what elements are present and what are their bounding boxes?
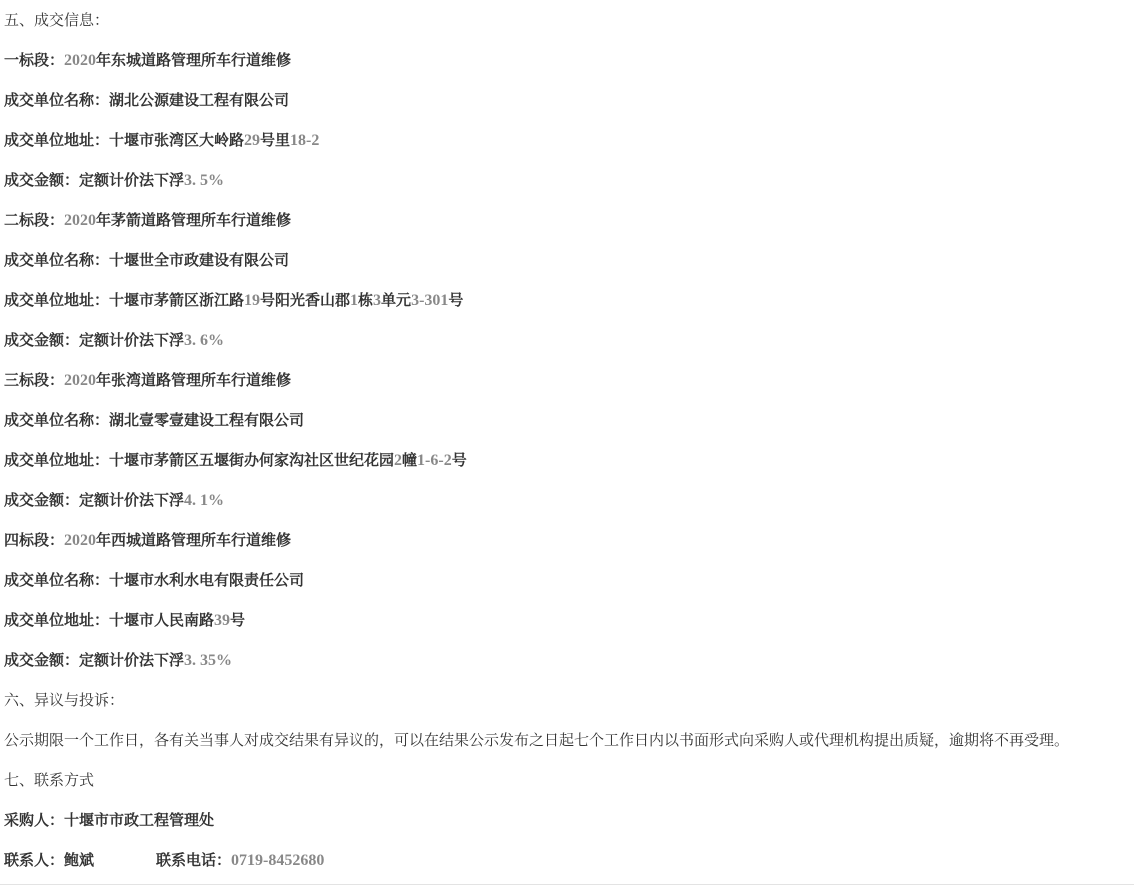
bid-1-winner-address: 成交单位地址：十堰市张湾区大岭路29号里18-2 — [4, 120, 1134, 160]
bid-4-award-amount: 成交金额：定额计价法下浮3. 35% — [4, 640, 1134, 680]
numeric-text: 19 — [244, 292, 260, 309]
numeric-text: 1 — [350, 292, 358, 309]
chinese-text: 采购人：十堰市市政工程管理处 — [4, 811, 214, 829]
numeric-text: 29 — [244, 132, 260, 149]
chinese-text: 年茅箭道路管理所车行道维修 — [96, 211, 291, 229]
section-5-heading: 五、成交信息： — [4, 0, 1134, 40]
announcement-document: 五、成交信息：一标段：2020年东城道路管理所车行道维修成交单位名称：湖北公源建… — [0, 0, 1134, 890]
chinese-text: 成交单位名称：十堰世全市政建设有限公司 — [4, 251, 289, 269]
chinese-text: 栋 — [358, 291, 373, 309]
objection-paragraph: 公示期限一个工作日，各有关当事人对成交结果有异议的，可以在结果公示发布之日起七个… — [4, 720, 1134, 760]
chinese-text: 成交金额：定额计价法下浮 — [4, 331, 184, 349]
bid-3-award-amount: 成交金额：定额计价法下浮4. 1% — [4, 480, 1134, 520]
chinese-text: 号阳光香山郡 — [260, 291, 350, 309]
chinese-text: 六、异议与投诉： — [4, 691, 124, 709]
bid-1-award-amount: 成交金额：定额计价法下浮3. 5% — [4, 160, 1134, 200]
chinese-text: 年张湾道路管理所车行道维修 — [96, 371, 291, 389]
numeric-text: 2 — [394, 452, 402, 469]
chinese-text: 公示期限一个工作日，各有关当事人对成交结果有异议的，可以在结果公示发布之日起七个… — [4, 731, 1069, 749]
numeric-text: 3. 35% — [184, 652, 232, 669]
chinese-text: 号 — [230, 611, 245, 629]
chinese-text: 成交单位地址：十堰市人民南路 — [4, 611, 214, 629]
numeric-text: 2020 — [64, 52, 96, 69]
bottom-divider — [0, 884, 1134, 885]
chinese-text: 联系电话： — [156, 851, 231, 869]
chinese-text: 成交金额：定额计价法下浮 — [4, 171, 184, 189]
chinese-text: 一标段： — [4, 51, 64, 69]
bid-2-winner-address: 成交单位地址：十堰市茅箭区浙江路19号阳光香山郡1栋3单元3-301号 — [4, 280, 1134, 320]
numeric-text: 1-6-2 — [417, 452, 452, 469]
chinese-text: 成交单位名称：十堰市水利水电有限责任公司 — [4, 571, 304, 589]
numeric-text: 2020 — [64, 212, 96, 229]
chinese-text: 五、成交信息： — [4, 11, 109, 29]
numeric-text: 3. 6% — [184, 332, 224, 349]
numeric-text: 2020 — [64, 372, 96, 389]
chinese-text: 三标段： — [4, 371, 64, 389]
bid-3-winner-name: 成交单位名称：湖北壹零壹建设工程有限公司 — [4, 400, 1134, 440]
chinese-text: 成交金额：定额计价法下浮 — [4, 491, 184, 509]
bid-4-winner-address: 成交单位地址：十堰市人民南路39号 — [4, 600, 1134, 640]
contact-line: 联系人：鲍斌联系电话：0719-8452680 — [4, 840, 1134, 880]
bid-2-winner-name: 成交单位名称：十堰世全市政建设有限公司 — [4, 240, 1134, 280]
chinese-text: 号里 — [260, 131, 290, 149]
document-lines: 五、成交信息：一标段：2020年东城道路管理所车行道维修成交单位名称：湖北公源建… — [4, 0, 1134, 880]
chinese-text: 成交单位地址：十堰市茅箭区浙江路 — [4, 291, 244, 309]
numeric-text: 2020 — [64, 532, 96, 549]
bid-2-award-amount: 成交金额：定额计价法下浮3. 6% — [4, 320, 1134, 360]
numeric-text: 3-301 — [411, 292, 448, 309]
chinese-text: 年东城道路管理所车行道维修 — [96, 51, 291, 69]
chinese-text: 二标段： — [4, 211, 64, 229]
chinese-text: 号 — [448, 291, 463, 309]
chinese-text: 成交单位地址：十堰市茅箭区五堰街办何家沟社区世纪花园 — [4, 451, 394, 469]
bid-1-winner-name: 成交单位名称：湖北公源建设工程有限公司 — [4, 80, 1134, 120]
chinese-text: 成交单位名称：湖北公源建设工程有限公司 — [4, 91, 289, 109]
bid-3-title: 三标段：2020年张湾道路管理所车行道维修 — [4, 360, 1134, 400]
bid-4-winner-name: 成交单位名称：十堰市水利水电有限责任公司 — [4, 560, 1134, 600]
section-6-heading: 六、异议与投诉： — [4, 680, 1134, 720]
numeric-text: 18-2 — [290, 132, 319, 149]
bid-1-title: 一标段：2020年东城道路管理所车行道维修 — [4, 40, 1134, 80]
chinese-text: 号 — [452, 451, 467, 469]
chinese-text: 七、联系方式 — [4, 771, 94, 789]
chinese-text: 联系人：鲍斌 — [4, 851, 94, 869]
chinese-text: 四标段： — [4, 531, 64, 549]
numeric-text: 0719-8452680 — [231, 852, 324, 869]
chinese-text: 成交单位地址：十堰市张湾区大岭路 — [4, 131, 244, 149]
chinese-text: 成交单位名称：湖北壹零壹建设工程有限公司 — [4, 411, 304, 429]
numeric-text: 3 — [373, 292, 381, 309]
chinese-text: 幢 — [402, 451, 417, 469]
section-7-heading: 七、联系方式 — [4, 760, 1134, 800]
bid-2-title: 二标段：2020年茅箭道路管理所车行道维修 — [4, 200, 1134, 240]
numeric-text: 39 — [214, 612, 230, 629]
numeric-text: 3. 5% — [184, 172, 224, 189]
numeric-text: 4. 1% — [184, 492, 224, 509]
purchaser-line: 采购人：十堰市市政工程管理处 — [4, 800, 1134, 840]
bid-3-winner-address: 成交单位地址：十堰市茅箭区五堰街办何家沟社区世纪花园2幢1-6-2号 — [4, 440, 1134, 480]
chinese-text: 年西城道路管理所车行道维修 — [96, 531, 291, 549]
bid-4-title: 四标段：2020年西城道路管理所车行道维修 — [4, 520, 1134, 560]
chinese-text: 成交金额：定额计价法下浮 — [4, 651, 184, 669]
chinese-text: 单元 — [381, 291, 411, 309]
